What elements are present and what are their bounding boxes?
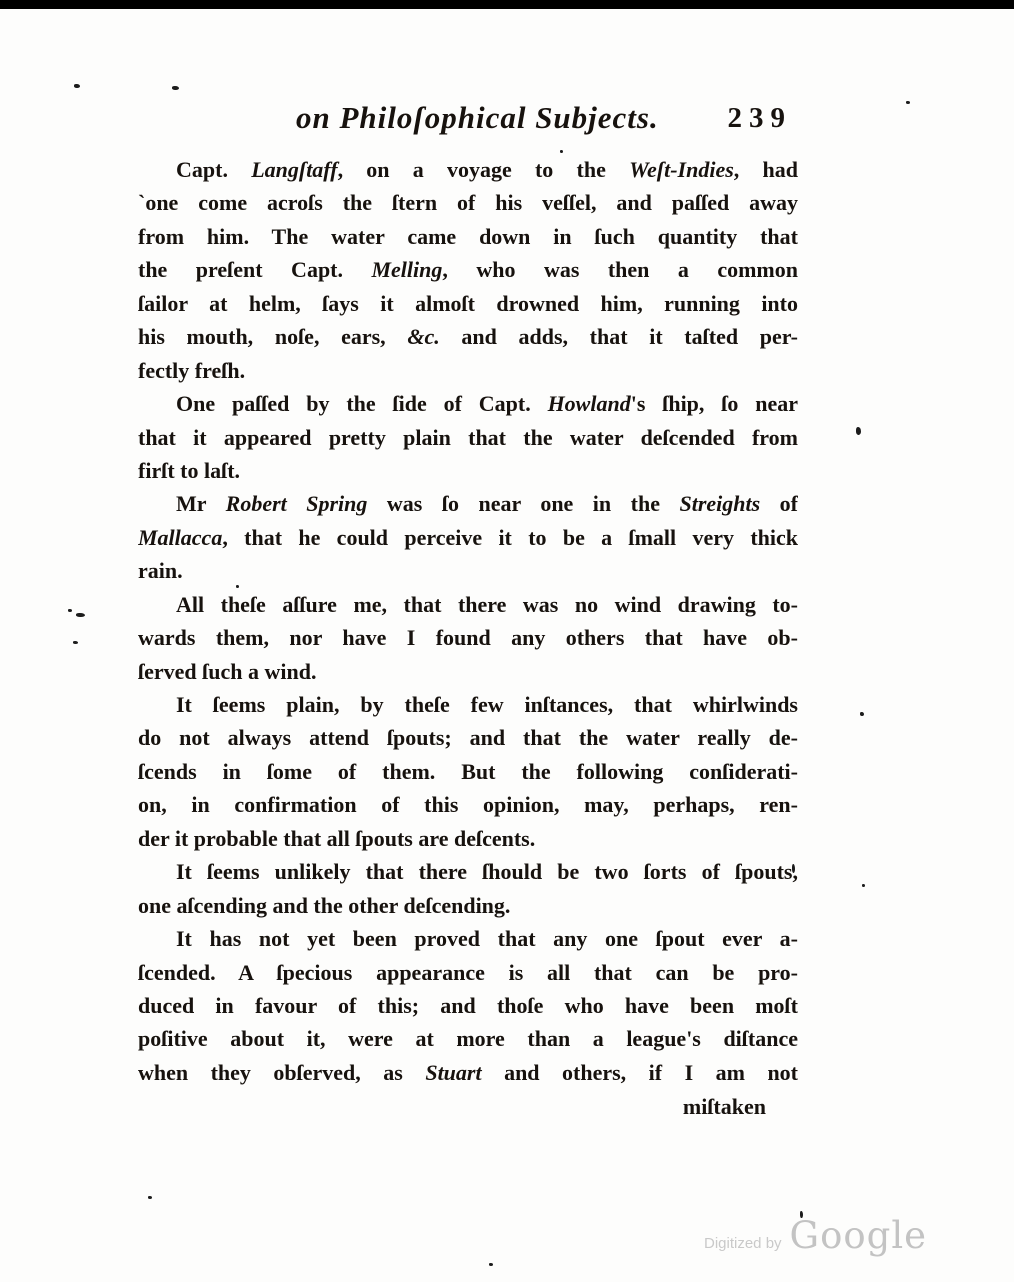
italic-text: Weſt-Indies: [629, 157, 734, 182]
body-text: his mouth, noſe, ears,: [138, 324, 407, 349]
body-text: do not always attend ſpouts; and that th…: [138, 725, 798, 750]
text-line: der it probable that all ſpouts are deſc…: [138, 822, 798, 855]
text-line: Capt. Langſtaff, on a voyage to the Weſt…: [138, 153, 798, 186]
body-text: 's ſhip, ſo near: [631, 391, 798, 416]
body-text: ſcended. A ſpecious appearance is all th…: [138, 960, 798, 985]
scan-speck: [236, 585, 239, 588]
body-text: It ſeems plain, by theſe few inſtances, …: [176, 692, 798, 717]
text-line: wards them, nor have I found any others …: [138, 621, 798, 654]
scan-speck: [862, 884, 865, 887]
body-text: and others, if I am not: [482, 1060, 798, 1085]
body-text: the preſent Capt.: [138, 257, 371, 282]
body-text: firſt to laſt.: [138, 458, 240, 483]
scan-speck: [560, 150, 563, 153]
body-text: and adds, that it taſted per-: [440, 324, 798, 349]
text-line: Mallacca, that he could perceive it to b…: [138, 521, 798, 554]
text-line: ſailor at helm, ſays it almoſt drowned h…: [138, 287, 798, 320]
body-text: wards them, nor have I found any others …: [138, 625, 798, 650]
text-line: ſcended. A ſpecious appearance is all th…: [138, 956, 798, 989]
body-text: was ſo near one in the: [367, 491, 679, 516]
text-line: firſt to laſt.: [138, 454, 798, 487]
body-text: from him. The water came down in ſuch qu…: [138, 224, 798, 249]
body-text: of: [760, 491, 798, 516]
scan-speck: [172, 86, 179, 90]
body-text: fectly freſh.: [138, 358, 245, 383]
italic-text: &c.: [407, 324, 439, 349]
page-title: on Philoſophical Subjects.: [296, 100, 659, 136]
body-text: duced in favour of this; and thoſe who h…: [138, 993, 798, 1018]
scan-speck: [906, 101, 910, 104]
italic-text: Robert Spring: [226, 491, 368, 516]
body-text: , that he could perceive it to be a ſmal…: [222, 525, 798, 550]
google-watermark: Digitized by Google: [704, 1214, 927, 1257]
text-line: All theſe aſſure me, that there was no w…: [138, 588, 798, 621]
text-line: when they obſerved, as Stuart and others…: [138, 1056, 798, 1089]
body-text: All theſe aſſure me, that there was no w…: [176, 592, 798, 617]
text-line: `one come acroſs the ſtern of his veſſel…: [138, 186, 798, 219]
body-text: der it probable that all ſpouts are deſc…: [138, 826, 535, 851]
text-line: on, in confirmation of this opinion, may…: [138, 788, 798, 821]
running-header: on Philoſophical Subjects. 239: [138, 100, 798, 150]
text-line: rain.: [138, 554, 798, 587]
italic-text: Howland: [548, 391, 631, 416]
text-line: It has not yet been proved that any one …: [138, 922, 798, 955]
text-line: the preſent Capt. Melling, who was then …: [138, 253, 798, 286]
text-line: ſcends in ſome of them. But the followin…: [138, 755, 798, 788]
italic-text: Melling: [371, 257, 442, 282]
body-text: ſailor at helm, ſays it almoſt drowned h…: [138, 291, 798, 316]
scan-speck: [74, 84, 80, 88]
catchword: miſtaken: [138, 1090, 798, 1124]
italic-text: Stuart: [425, 1060, 481, 1085]
scan-speck: [792, 864, 795, 873]
text-line: from him. The water came down in ſuch qu…: [138, 220, 798, 253]
scan-speck: [68, 609, 72, 612]
text-line: One paſſed by the ſide of Capt. Howland'…: [138, 387, 798, 420]
body-text: when they obſerved, as: [138, 1060, 425, 1085]
body-text: ſerved ſuch a wind.: [138, 659, 316, 684]
text-block: Capt. Langſtaff, on a voyage to the Weſt…: [138, 153, 798, 1089]
text-line: It ſeems plain, by theſe few inſtances, …: [138, 688, 798, 721]
text-line: do not always attend ſpouts; and that th…: [138, 721, 798, 754]
body-text: It has not yet been proved that any one …: [176, 926, 798, 951]
scan-speck: [148, 1196, 152, 1199]
body-text: , who was then a common: [442, 257, 798, 282]
scan-speck: [489, 1263, 493, 1266]
scan-speck: [860, 712, 864, 716]
text-line: one aſcending and the other deſcending.: [138, 889, 798, 922]
italic-text: Mallacca: [138, 525, 222, 550]
scan-top-edge: [0, 0, 1014, 9]
scan-speck: [76, 613, 85, 617]
text-line: fectly freſh.: [138, 354, 798, 387]
text-line: duced in favour of this; and thoſe who h…: [138, 989, 798, 1022]
scan-speck: [856, 427, 861, 435]
body-text: ſcends in ſome of them. But the followin…: [138, 759, 798, 784]
watermark-prefix-text: Digitized by: [704, 1235, 782, 1252]
text-line: ſerved ſuch a wind.: [138, 655, 798, 688]
body-text: , on a voyage to the: [338, 157, 630, 182]
italic-text: Langſtaff: [251, 157, 337, 182]
body-text: rain.: [138, 558, 183, 583]
text-line: It ſeems unlikely that there ſhould be t…: [138, 855, 798, 888]
body-text: One paſſed by the ſide of Capt.: [176, 391, 548, 416]
text-line: poſitive about it, were at more than a l…: [138, 1022, 798, 1055]
scan-speck: [73, 641, 78, 644]
body-text: one aſcending and the other deſcending.: [138, 893, 510, 918]
body-text: Mr: [176, 491, 226, 516]
text-line: that it appeared pretty plain that the w…: [138, 421, 798, 454]
body-text: It ſeems unlikely that there ſhould be t…: [176, 859, 798, 884]
body-text: Capt.: [176, 157, 251, 182]
body-text: that it appeared pretty plain that the w…: [138, 425, 798, 450]
body-text: on, in confirmation of this opinion, may…: [138, 792, 798, 817]
text-line: his mouth, noſe, ears, &c. and adds, tha…: [138, 320, 798, 353]
scanned-book-page: on Philoſophical Subjects. 239 Capt. Lan…: [0, 0, 1014, 1282]
text-line: Mr Robert Spring was ſo near one in the …: [138, 487, 798, 520]
italic-text: Streights: [679, 491, 760, 516]
body-text: , had: [734, 157, 798, 182]
body-text: `one come acroſs the ſtern of his veſſel…: [138, 190, 798, 215]
body-text: poſitive about it, were at more than a l…: [138, 1026, 798, 1051]
scan-speck: [800, 1211, 803, 1218]
page-number: 239: [728, 102, 793, 135]
google-logo: Google: [790, 1214, 928, 1257]
